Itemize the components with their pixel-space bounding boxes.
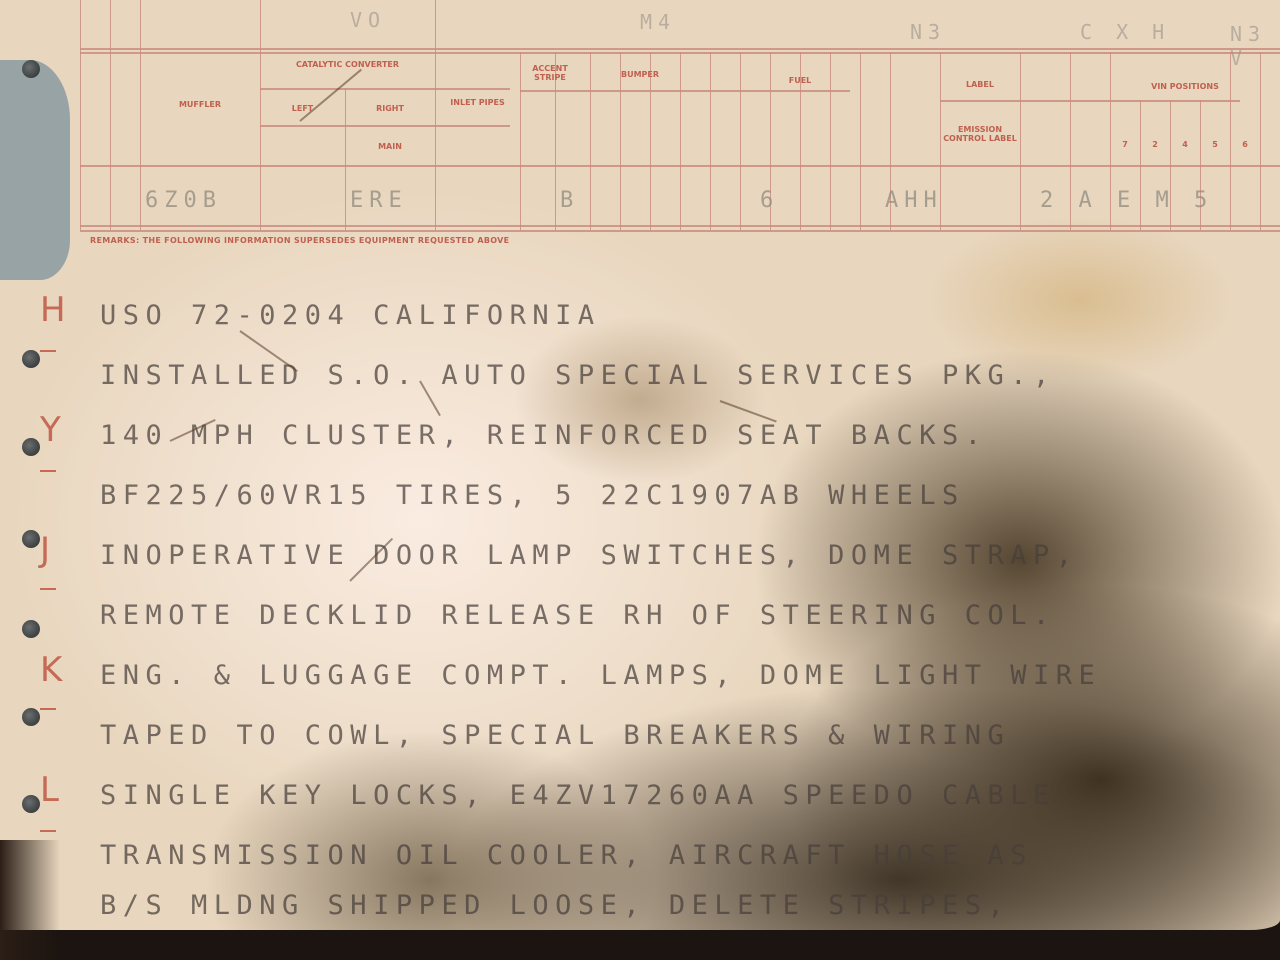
vin-position-number: 2 xyxy=(1140,140,1170,149)
row-letter-j: J xyxy=(40,530,50,570)
header-muffler: Muffler xyxy=(140,100,260,109)
top-row-code: C X H xyxy=(1080,20,1170,44)
header-label: Label xyxy=(940,80,1020,89)
top-row-code: M4 xyxy=(640,10,676,34)
remark-line: SINGLE KEY LOCKS, E4ZV17260AA SPEEDO CAB… xyxy=(100,780,1056,811)
remark-line: INSTALLED S.O. AUTO SPECIAL SERVICES PKG… xyxy=(100,360,1056,391)
remark-line: TRANSMISSION OIL COOLER, AIRCRAFT HOSE A… xyxy=(100,840,1033,871)
row-letter-h: H xyxy=(40,290,66,330)
row-tick xyxy=(40,470,56,472)
binder-hole xyxy=(22,530,40,548)
remark-line: B/S MLDNG SHIPPED LOOSE, DELETE STRIPES, xyxy=(100,890,1010,921)
remark-line: USO 72-0204 CALIFORNIA xyxy=(100,300,601,331)
row-tick xyxy=(40,350,56,352)
vin-position-number: 5 xyxy=(1200,140,1230,149)
vin-position-number: 6 xyxy=(1230,140,1260,149)
row-tick xyxy=(40,830,56,832)
header-catalytic-converter: Catalytic Converter xyxy=(260,60,435,69)
header-left: Left xyxy=(260,104,345,113)
top-row-code: N3 V xyxy=(1230,22,1280,70)
remark-line: INOPERATIVE DOOR LAMP SWITCHES, DOME STR… xyxy=(100,540,1078,571)
top-row-code: N3 xyxy=(910,20,946,44)
binder-hole xyxy=(22,795,40,813)
remark-line: 140 MPH CLUSTER, REINFORCED SEAT BACKS. xyxy=(100,420,987,451)
vin-position-number: 7 xyxy=(1110,140,1140,149)
remark-line: REMOTE DECKLID RELEASE RH OF STEERING CO… xyxy=(100,600,1056,631)
binder-hole xyxy=(22,60,40,78)
header-bumper: Bumper xyxy=(590,70,690,79)
header-inlet-pipes: Inlet Pipes xyxy=(435,98,520,107)
row-tick xyxy=(40,708,56,710)
top-row-code: VO xyxy=(350,8,386,32)
remarks-supersede-note: REMARKS: THE FOLLOWING INFORMATION SUPER… xyxy=(90,236,509,245)
row-letter-y: Y xyxy=(40,410,61,450)
binder-hole xyxy=(22,438,40,456)
vin-position-number: 4 xyxy=(1170,140,1200,149)
remark-line: BF225/60VR15 TIRES, 5 22C1907AB WHEELS xyxy=(100,480,965,511)
option-code: AHH xyxy=(885,188,943,213)
background-edge xyxy=(0,840,60,960)
option-codes-grid: VO M4 N3 C X H N3 V Muffler Catalytic Co… xyxy=(80,0,1280,250)
header-fuel: Fuel xyxy=(710,76,890,85)
header-vin-positions: VIN Positions xyxy=(1110,82,1260,91)
option-code: 6 xyxy=(760,188,779,213)
header-accent-stripe: Accent Stripe xyxy=(520,64,580,82)
option-code: B xyxy=(560,188,579,213)
row-letter-l: L xyxy=(40,770,59,810)
row-tick xyxy=(40,588,56,590)
remark-line: ENG. & LUGGAGE COMPT. LAMPS, DOME LIGHT … xyxy=(100,660,1101,691)
header-right: Right xyxy=(345,104,435,113)
header-emission-control-label: Emission Control Label xyxy=(942,125,1018,143)
remark-line: TAPED TO COWL, SPECIAL BREAKERS & WIRING xyxy=(100,720,1010,751)
binder-hole xyxy=(22,350,40,368)
binder-hole xyxy=(22,620,40,638)
option-code: 6Z0B xyxy=(145,188,222,213)
header-main: Main xyxy=(345,142,435,151)
binder-hole xyxy=(22,708,40,726)
row-letter-k: K xyxy=(40,650,62,690)
build-sheet-paper: VO M4 N3 C X H N3 V Muffler Catalytic Co… xyxy=(0,0,1280,930)
option-code: ERE xyxy=(350,188,408,213)
option-code: 2 A E M 5 xyxy=(1040,188,1213,213)
